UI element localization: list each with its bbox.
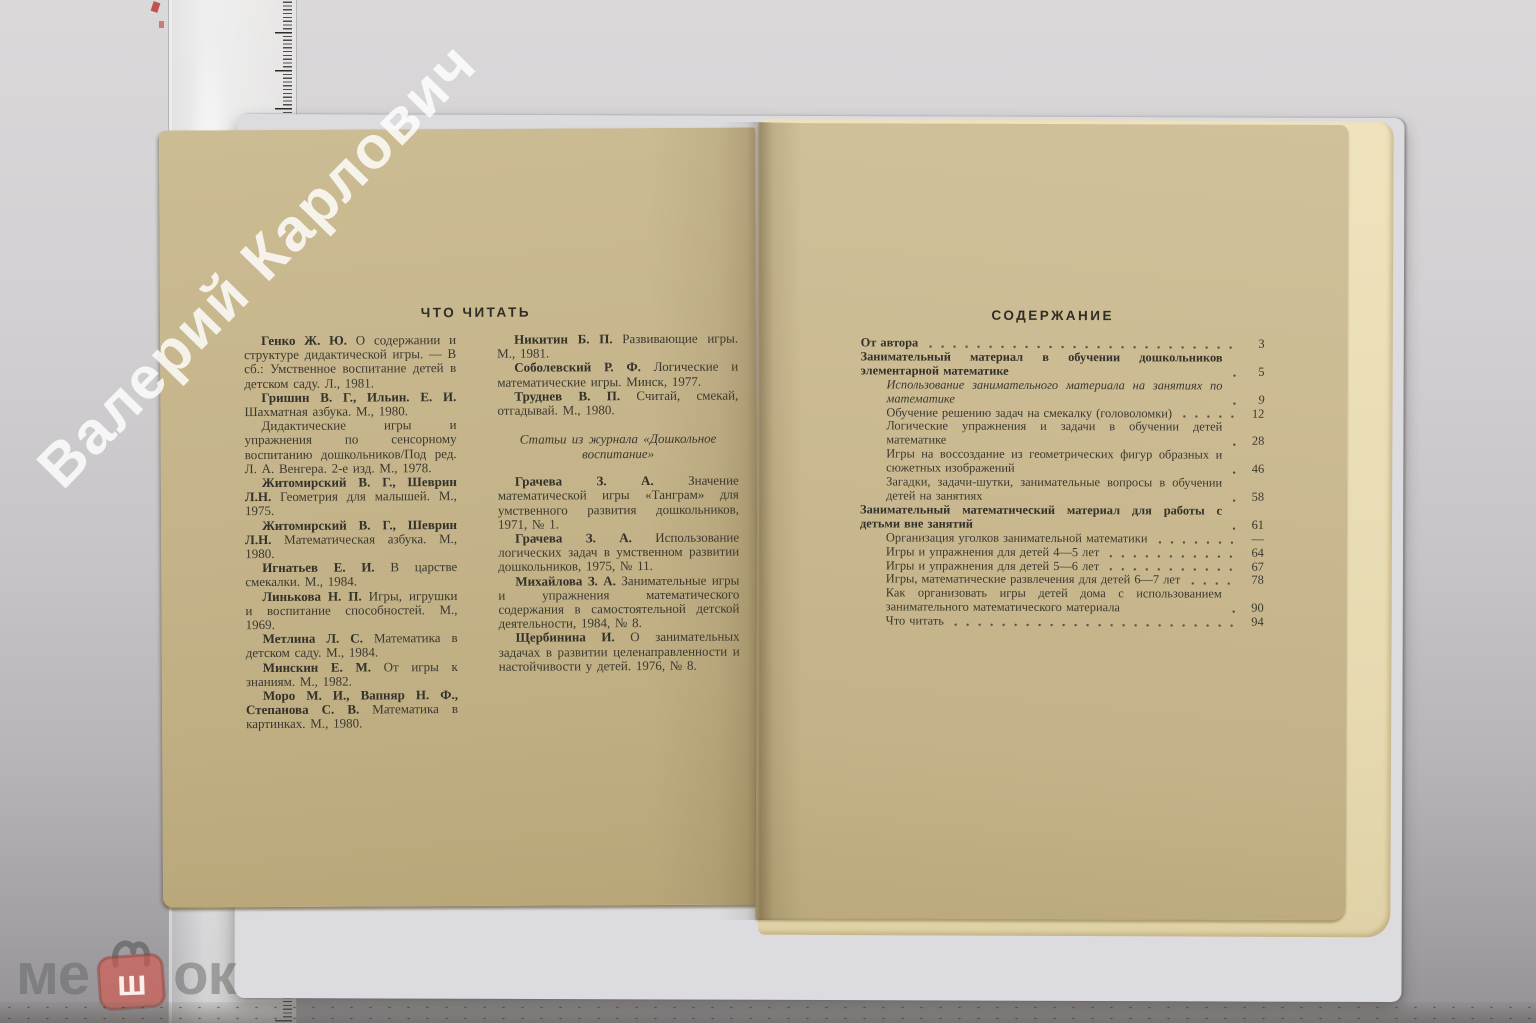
toc-entry-label: Занимательный материал в обучении дошкол… <box>860 350 1222 379</box>
toc-row: Занимательный математический материал дл… <box>860 503 1264 532</box>
bibliography-entry: Труднев В. П.Считай, смекай, отгадывай. … <box>497 388 738 418</box>
logo-text-left: ме <box>16 941 89 1008</box>
toc-entry-label: Занимательный математический материал дл… <box>860 503 1222 532</box>
bibliography: Генко Ж. Ю.О содержании и структуре дида… <box>244 332 740 732</box>
bibliography-author: Труднев В. П. <box>514 388 636 404</box>
toc-page-number: 61 <box>1242 518 1264 532</box>
toc-entry-label: Игры на воссоздание из геометрических фи… <box>886 448 1222 477</box>
toc-row: Как организовать игры детей дома с испол… <box>860 587 1264 616</box>
red-speck <box>159 21 164 28</box>
dot-leader <box>1228 604 1238 616</box>
dot-leader <box>1153 534 1237 546</box>
left-page: ЧТО ЧИТАТЬ Генко Ж. Ю.О содержании и стр… <box>159 127 759 907</box>
journal-note: Статьи из журнала «Дошкольное воспитание… <box>504 431 733 462</box>
toc-page-number: 67 <box>1242 560 1264 574</box>
bibliography-column-1: Генко Ж. Ю.О содержании и структуре дида… <box>244 333 458 732</box>
bibliography-entry: Линькова Н. П.Игры, игрушки и воспитание… <box>245 589 457 633</box>
bibliography-author: Генко Ж. Ю. <box>261 333 356 348</box>
toc-page-number: 64 <box>1242 546 1264 560</box>
dot-leader <box>950 617 1238 630</box>
bibliography-author: Михайлова З. А. <box>515 573 621 589</box>
toc-page-number: — <box>1242 532 1264 546</box>
bibliography-entry: Никитин Б. П.Развивающие игры. М., 1981. <box>497 332 738 362</box>
toc-page-number: 94 <box>1242 616 1264 630</box>
toc-row: Использование занимательного материала н… <box>860 378 1264 407</box>
toc-row: Занимательный материал в обучении дошкол… <box>860 350 1264 379</box>
toc-entry-label: Загадки, задачи-шутки, занимательные воп… <box>886 475 1222 504</box>
toc-page-number: 3 <box>1243 338 1265 352</box>
left-page-heading: ЧТО ЧИТАТЬ <box>230 304 722 322</box>
toc-row: Логические упражнения и задачи в обучени… <box>860 420 1264 449</box>
bibliography-text: Дидактические игры и упражнения по сенсо… <box>245 417 457 476</box>
toc-page-number: 5 <box>1242 365 1264 379</box>
bibliography-entry: Метлина Л. С.Математика в детском саду. … <box>246 631 458 661</box>
bibliography-entry: Дидактические игры и упражнения по сенсо… <box>244 418 456 476</box>
toc-entry-label: Использование занимательного материала н… <box>886 378 1222 407</box>
toc-row: Загадки, задачи-шутки, занимательные воп… <box>860 475 1264 504</box>
bibliography-entry: Житомирский В. Г., Шеврин Л.Н.Математиче… <box>245 518 457 562</box>
dot-leader <box>1228 465 1238 477</box>
table-edge <box>0 1002 1536 1023</box>
bibliography-author: Игнатьев Е. И. <box>262 560 390 576</box>
bibliography-author: Метлина Л. С. <box>263 631 374 647</box>
bibliography-entry: Щербинина И.О занимательных задачах в ра… <box>499 630 740 674</box>
bibliography-author: Минскин Е. М. <box>263 659 384 675</box>
dot-leader <box>1228 520 1238 532</box>
bibliography-entry: Житомирский В. Г., Шеврин Л.Н.Геометрия … <box>245 475 457 519</box>
toc-row: Игры на воссоздание из геометрических фи… <box>860 448 1264 477</box>
toc-page-number: 46 <box>1242 463 1264 477</box>
right-page: СОДЕРЖАНИЕ От автора 3 Занимательный мат… <box>756 123 1349 920</box>
toc-page-number: 9 <box>1242 393 1264 407</box>
photo-of-open-book: ЧТО ЧИТАТЬ Генко Ж. Ю.О содержании и стр… <box>0 0 1536 1023</box>
red-speck <box>151 1 161 13</box>
bibliography-entry: Грачева З. А.Использование логических за… <box>498 531 739 575</box>
dot-leader <box>1228 395 1238 407</box>
logo-bag-letter: ш <box>116 962 146 1004</box>
toc-entry-label: Как организовать игры детей дома с испол… <box>886 587 1222 616</box>
dot-leader <box>1228 437 1238 449</box>
bibliography-entry: Гришин В. Г., Ильин. Е. И.Шахматная азбу… <box>244 390 456 420</box>
dot-leader <box>1228 367 1238 379</box>
toc-entry-label: Что читать <box>886 615 944 629</box>
bibliography-entry: Минскин Е. М.От игры к знаниям. М., 1982… <box>246 660 458 690</box>
toc-page-number: 12 <box>1242 407 1264 421</box>
bibliography-author: Щербинина И. <box>516 630 631 646</box>
toc-page-number: 90 <box>1242 602 1264 616</box>
bibliography-author: Гришин В. Г., Ильин. Е. И. <box>261 389 456 405</box>
bibliography-entry: Соболевский Р. Ф.Логические и математиче… <box>497 360 738 390</box>
bibliography-column-2: Никитин Б. П.Развивающие игры. М., 1981.… <box>497 332 740 731</box>
bibliography-entry: Генко Ж. Ю.О содержании и структуре дида… <box>244 333 456 391</box>
bibliography-author: Никитин Б. П. <box>514 331 622 347</box>
toc-page-number: 78 <box>1242 574 1264 588</box>
bibliography-author: Линькова Н. П. <box>262 588 368 604</box>
bibliography-entry: Моро М. И., Вапняр Н. Ф., Степанова С. В… <box>246 688 458 732</box>
right-page-heading: СОДЕРЖАНИЕ <box>850 307 1256 323</box>
bibliography-entry: Михайлова З. А.Занимательные игры и упра… <box>498 573 739 631</box>
toc-page-number: 28 <box>1242 435 1264 449</box>
table-of-contents: От автора 3 Занимательный материал в обу… <box>860 336 1265 629</box>
bibliography-entry: Игнатьев Е. И.В царстве смекалки. М., 19… <box>245 560 457 590</box>
bibliography-entry: Грачева З. А.Значение математической игр… <box>498 474 739 532</box>
dot-leader <box>1228 492 1238 504</box>
dot-leader <box>1105 548 1238 560</box>
toc-row: Что читать 94 <box>860 614 1264 629</box>
toc-entry-label: Логические упражнения и задачи в обучени… <box>886 420 1222 449</box>
toc-entry-label: От автора <box>861 336 919 350</box>
toc-page-number: 58 <box>1242 491 1264 505</box>
toc-entry-label: Игры и упражнения для детей 4—5 лет <box>886 545 1099 560</box>
